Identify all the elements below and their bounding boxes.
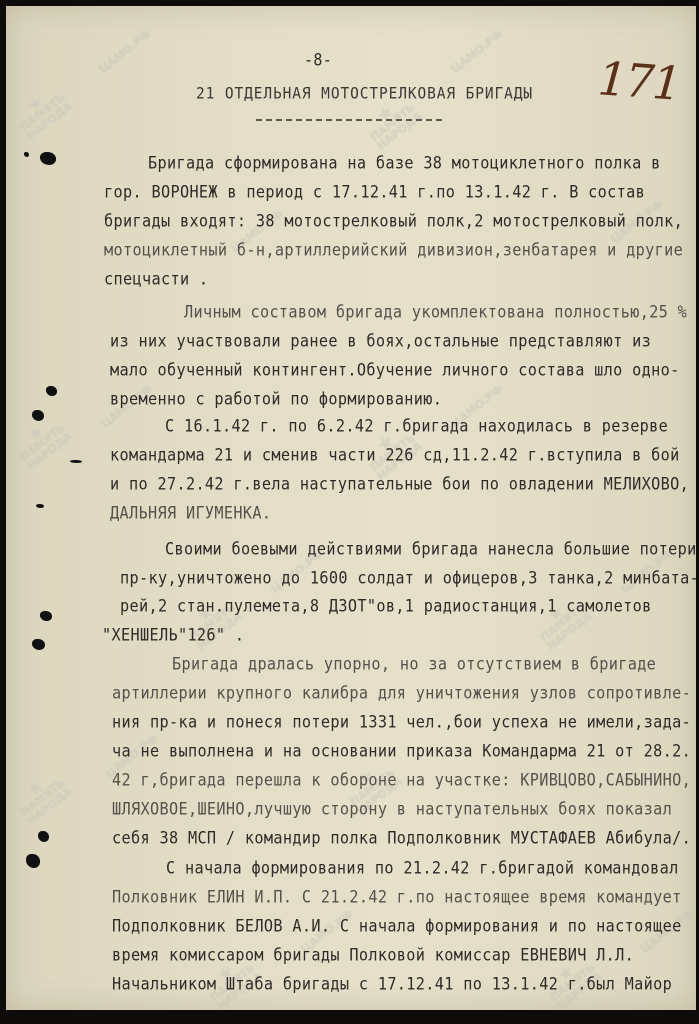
text-line: Бригада дралась упорно, но за отсутствие… <box>172 654 656 674</box>
text-line: 42 г,бригада перешла к обороне на участк… <box>112 770 691 790</box>
text-line: Полковник ЕЛИН И.П. С 21.2.42 г.по насто… <box>112 887 682 907</box>
text-line: ШЛЯХОВОЕ,ШЕИНО,лучшую сторону в наступат… <box>112 799 672 819</box>
star-icon: ★ <box>12 768 61 810</box>
binding-hole <box>36 504 44 508</box>
text-line: временно с работой по формированию. <box>110 389 442 409</box>
text-line: мало обученный контингент.Обучение лично… <box>110 360 680 380</box>
watermark-project: ★ПАМЯТЬНАРОДА <box>12 768 74 827</box>
text-line: Личным составом бригада укомплектована п… <box>184 302 687 322</box>
text-line: из них участвовали ранее в боях,остальны… <box>110 331 651 351</box>
binding-hole <box>70 460 82 463</box>
binding-hole <box>32 410 44 421</box>
text-line: пр-ку,уничтожено до 1600 солдат и офицер… <box>120 568 696 588</box>
binding-hole <box>40 611 52 621</box>
watermark-project: ★ПАМЯТЬНАРОДА <box>12 413 74 472</box>
document-title: 21 ОТДЕЛЬНАЯ МОТОСТРЕЛКОВАЯ БРИГАДЫ <box>196 85 533 103</box>
watermark-project: ★ПАМЯТЬНАРОДА <box>12 83 74 142</box>
text-line: Бригада сформирована на базе 38 мотоцикл… <box>148 153 661 173</box>
text-line: ДАЛЬНЯЯ ИГУМЕНКА. <box>110 503 271 523</box>
text-line: артиллерии крупного калибра для уничтоже… <box>112 683 691 703</box>
text-line: Своими боевыми действиями бригада нанесл… <box>165 539 696 559</box>
page-number: -8- <box>304 50 332 70</box>
text-line: мотоциклетный б-н,артиллерийский дивизио… <box>104 240 683 260</box>
binding-hole <box>38 831 49 842</box>
text-line: ния пр-ка и понеся потери 1331 чел.,бои … <box>112 712 691 732</box>
binding-hole <box>32 639 45 650</box>
text-line: и по 27.2.42 г.вела наступательные бои п… <box>110 474 689 494</box>
text-line: Начальником Штаба бригады с 17.12.41 по … <box>112 974 672 994</box>
watermark-archive: ЦАМО.РФ <box>97 28 153 75</box>
document-page: ЦАМО.РФ ★ПАМЯТЬНАРОДА ЦАМО.РФ ★ПАМЯТЬНАР… <box>6 6 696 1010</box>
text-line: командарма 21 и сменив части 226 сд,11.2… <box>110 445 680 465</box>
text-line: гор. ВОРОНЕЖ в период с 17.12.41 г.по 13… <box>104 182 645 202</box>
star-icon: ★ <box>12 83 61 125</box>
text-line: С начала формирования по 21.2.42 г.брига… <box>166 858 679 878</box>
text-line: бригады входят: 38 мотострелковый полк,2… <box>104 211 683 231</box>
binding-hole <box>24 152 29 157</box>
text-line: Подполковник БЕЛОВ А.И. С начала формиро… <box>112 916 682 936</box>
text-line: С 16.1.42 г. по 6.2.42 г.бригада находил… <box>165 416 668 436</box>
text-line: спецчасти . <box>104 269 208 289</box>
text-line: ча не выполнена и на основании приказа К… <box>112 741 691 761</box>
binding-hole <box>46 386 57 396</box>
text-line: себя 38 МСП / командир полка Подполковни… <box>112 828 691 848</box>
binding-hole <box>26 854 40 868</box>
text-line: время комиссаром бригады Полковой комисс… <box>112 945 634 965</box>
binding-hole <box>40 152 56 165</box>
title-underline <box>256 119 442 121</box>
watermark-archive: ЦАМО.РФ <box>449 28 505 75</box>
text-line: рей,2 стан.пулемета,8 ДЗОТ"ов,1 радиоста… <box>120 596 652 616</box>
text-line: "ХЕНШЕЛЬ"126" . <box>102 625 244 645</box>
folio-number: 171 <box>596 51 681 111</box>
